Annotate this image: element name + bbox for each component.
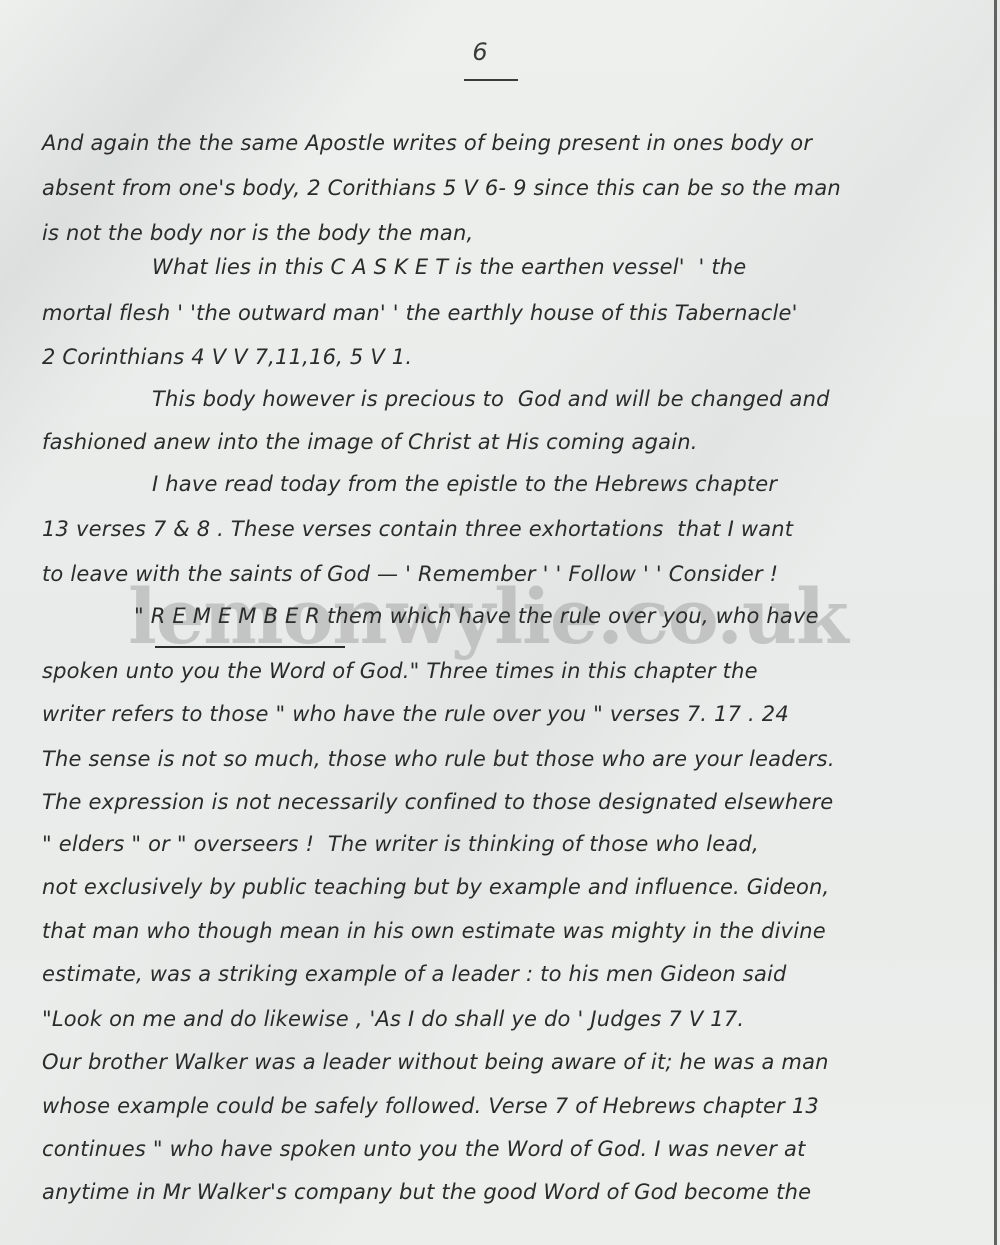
document-page: 6 lemonwylie.co.uk And again the the sam… (0, 0, 1000, 1245)
text-line: that man who though mean in his own esti… (42, 918, 826, 944)
text-line: writer refers to those " who have the ru… (42, 701, 789, 727)
text-line: And again the the same Apostle writes of… (42, 130, 812, 156)
text-line: mortal flesh ' 'the outward man' ' the e… (42, 300, 798, 326)
text-line: What lies in this C A S K E T is the ear… (152, 254, 746, 280)
text-line: "Look on me and do likewise , 'As I do s… (42, 1006, 744, 1032)
text-line: The sense is not so much, those who rule… (42, 746, 835, 772)
text-line: I have read today from the epistle to th… (152, 471, 777, 497)
text-line: This body however is precious to God and… (152, 386, 830, 412)
text-line: 13 verses 7 & 8 . These verses contain t… (42, 516, 793, 542)
text-line: 2 Corinthians 4 V V 7,11,16, 5 V 1. (42, 344, 412, 370)
text-line: continues " who have spoken unto you the… (42, 1136, 806, 1162)
text-line: whose example could be safely followed. … (42, 1093, 819, 1119)
text-line: is not the body nor is the body the man, (42, 220, 473, 246)
text-line: not exclusively by public teaching but b… (42, 874, 829, 900)
page-edge-border (994, 0, 997, 1245)
text-line: estimate, was a striking example of a le… (42, 961, 787, 987)
page-number: 6 (470, 38, 490, 66)
text-line: to leave with the saints of God — ' Reme… (42, 561, 778, 587)
text-line: Our brother Walker was a leader without … (42, 1049, 829, 1075)
text-line: The expression is not necessarily confin… (42, 789, 833, 815)
page-number-underline (464, 79, 518, 81)
text-line: " elders " or " overseers ! The writer i… (42, 831, 759, 857)
text-line: spoken unto you the Word of God." Three … (42, 658, 758, 684)
text-line: absent from one's body, 2 Corithians 5 V… (42, 175, 841, 201)
text-line-remember: " R E M E M B E R them which have the ru… (134, 603, 819, 629)
text-line: anytime in Mr Walker's company but the g… (42, 1179, 811, 1205)
remember-underline (155, 646, 345, 648)
text-line: fashioned anew into the image of Christ … (42, 429, 698, 455)
